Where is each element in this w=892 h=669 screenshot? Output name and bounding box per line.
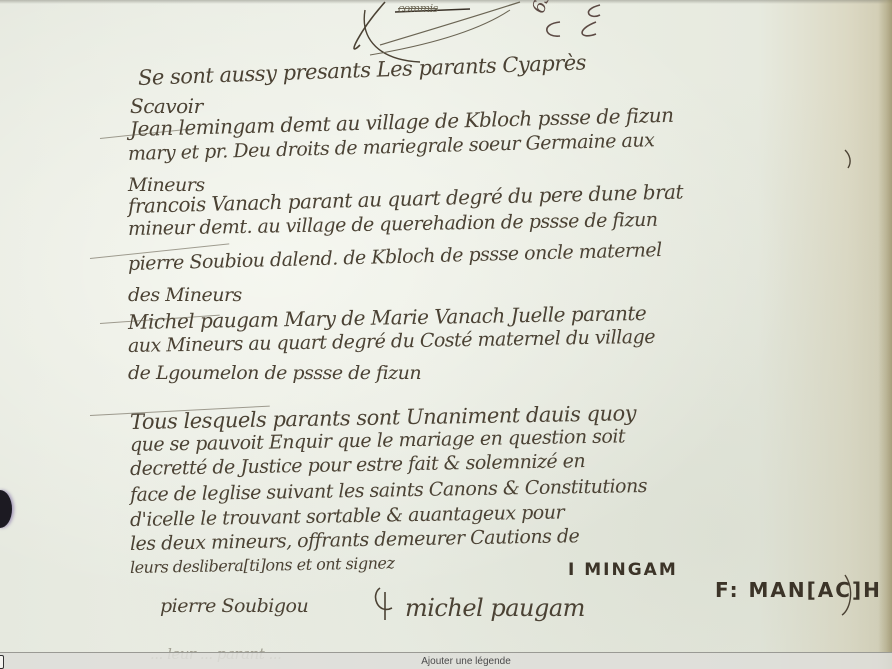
signature-mingam: I MINGAM: [568, 560, 678, 580]
signature-paugam: michel paugam: [405, 594, 585, 622]
line-9: des Mineurs: [128, 284, 242, 306]
manuscript-page-image: commis 633 Se sont aussy presants Les pa…: [0, 0, 892, 669]
image-viewer: commis 633 Se sont aussy presants Les pa…: [0, 0, 892, 669]
signature-soubigou: pierre Soubigou: [160, 595, 308, 617]
caption-handle: [0, 655, 4, 669]
line-12: de Lgoumelon de pssse de fizun: [128, 362, 421, 384]
struck-margin-word: commis: [398, 2, 438, 15]
signature-manach: F: MAN[AC]H: [715, 578, 882, 602]
add-caption-field[interactable]: Ajouter une légende: [421, 656, 511, 667]
caption-bar[interactable]: Ajouter une légende: [0, 652, 892, 669]
